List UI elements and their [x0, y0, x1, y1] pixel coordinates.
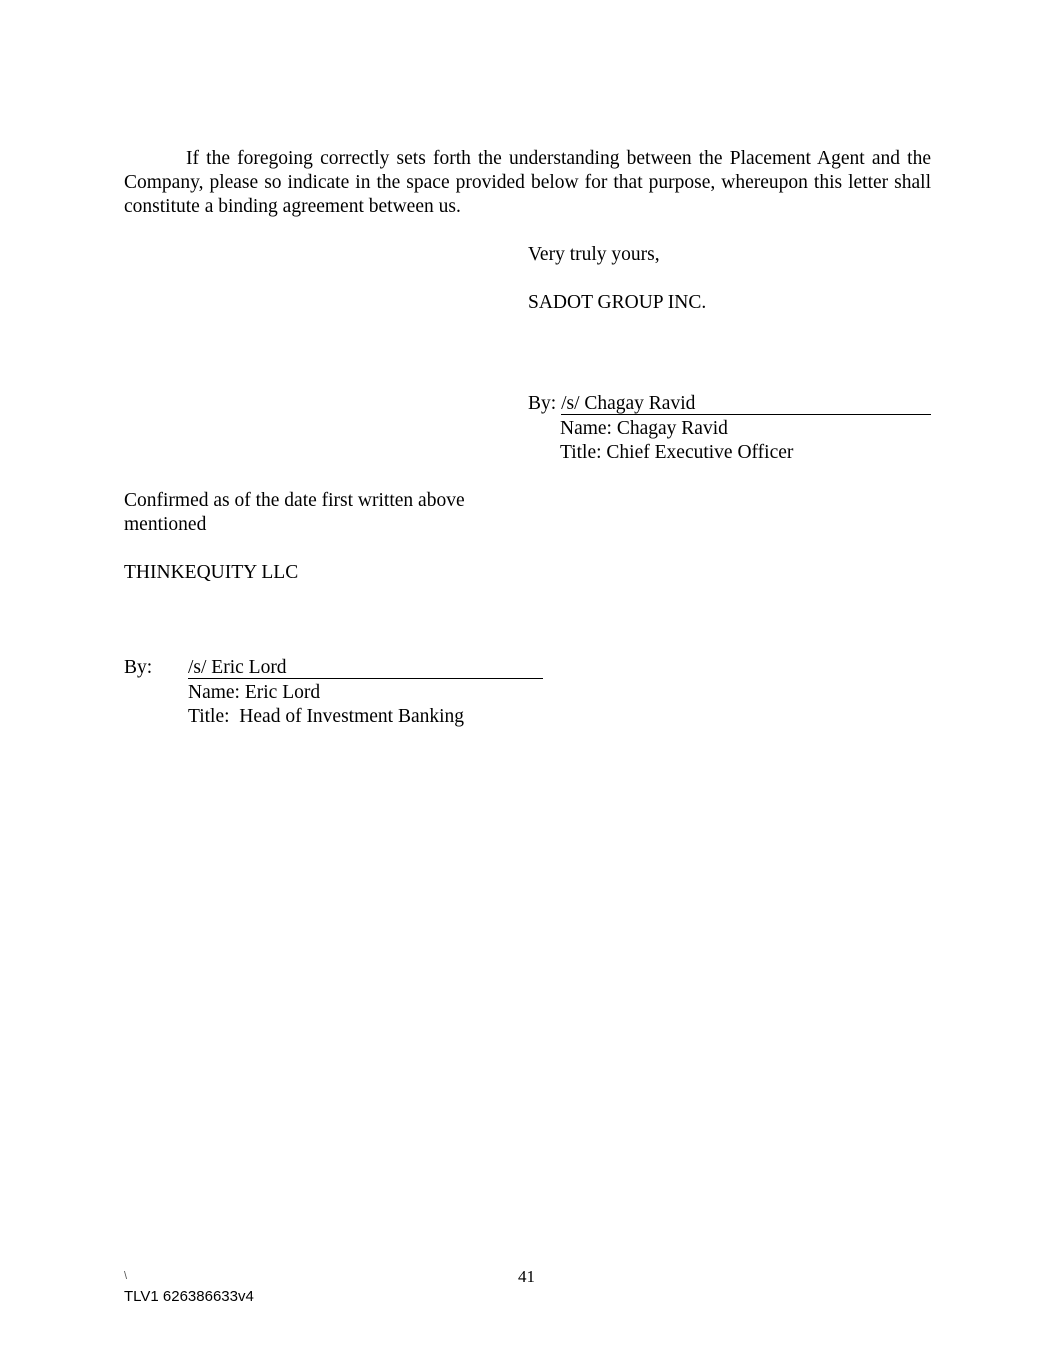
agent-by-label: By:: [124, 656, 152, 680]
agent-signatory-title: Title: Head of Investment Banking: [188, 705, 464, 729]
document-id: TLV1 626386633v4: [124, 1285, 254, 1309]
agent-signatory-name: Name: Eric Lord: [188, 681, 320, 705]
agent-company-name: THINKEQUITY LLC: [124, 561, 298, 585]
signature-line: /s/ Chagay Ravid: [561, 394, 931, 415]
by-label: By:: [528, 393, 556, 414]
confirmation-line: Confirmed as of the date first written a…: [124, 489, 465, 513]
page-number: 41: [518, 1265, 535, 1289]
agent-signature-line: /s/ Eric Lord: [188, 658, 543, 679]
signatory-title: Title: Chief Executive Officer: [560, 441, 793, 465]
signatory-name: Name: Chagay Ravid: [560, 417, 728, 441]
signature: /s/ Chagay Ravid: [561, 393, 695, 414]
company-name: SADOT GROUP INC.: [528, 291, 706, 315]
agent-signature-block: /s/ Eric Lord: [188, 656, 543, 680]
company-signature-block: By: /s/ Chagay Ravid: [528, 392, 931, 416]
closing-salutation: Very truly yours,: [528, 243, 660, 267]
agent-signature: /s/ Eric Lord: [188, 657, 287, 678]
confirmation-line-2: mentioned: [124, 513, 206, 537]
closing-paragraph: If the foregoing correctly sets forth th…: [124, 147, 931, 219]
